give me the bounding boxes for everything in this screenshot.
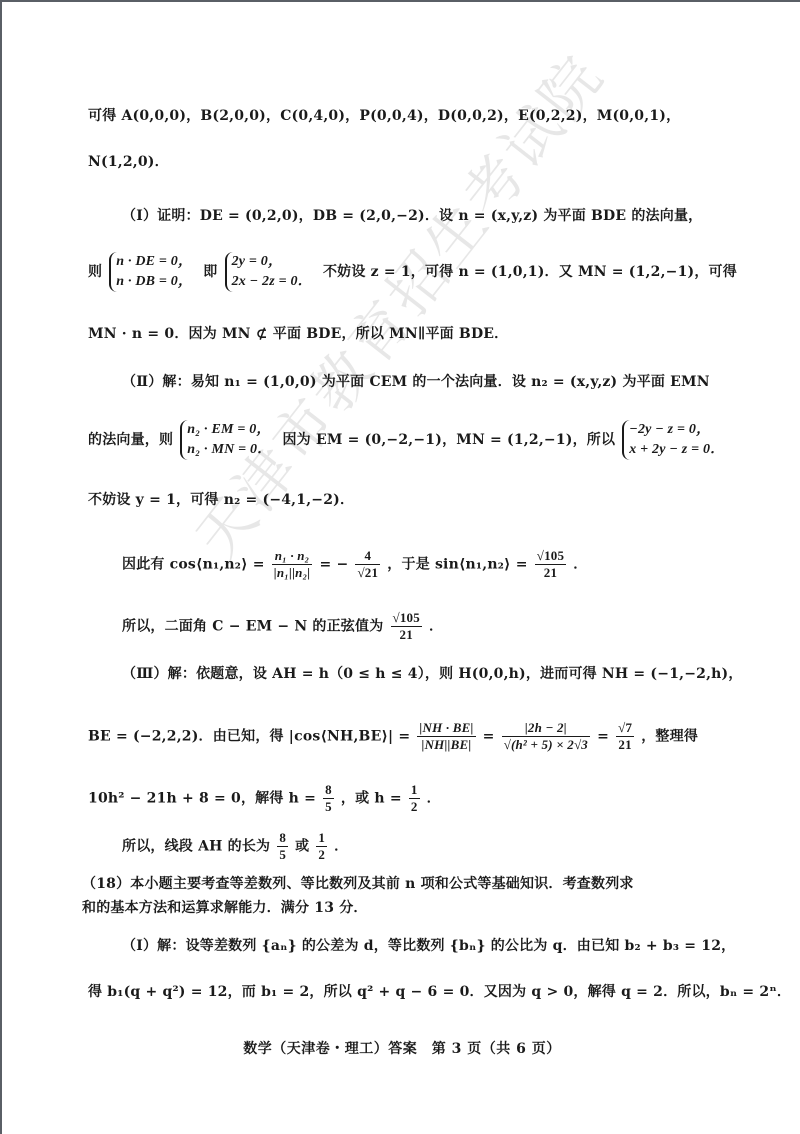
- numerator: 1: [316, 830, 327, 847]
- period: ．: [427, 791, 441, 807]
- fraction: √721: [616, 720, 634, 753]
- part1-label: （Ⅰ）证明：: [122, 208, 200, 224]
- denominator: √(h² + 5) × 2√3: [502, 737, 590, 753]
- equation: n₂ · MN = 0．: [187, 440, 271, 460]
- part2-cosine: 因此有 cos⟨n₁,n₂⟩ = n₁ · n₂|n₁||n₂| = − 4√2…: [122, 548, 587, 581]
- q18-part1-text: 设等差数列 {aₙ} 的公差为 d，等比数列 {bₙ} 的公比为 q．由已知 b…: [186, 938, 736, 954]
- part1-rest: 不妨设 z = 1，可得 n = (1,0,1)．又 MN = (1,2,−1)…: [323, 264, 737, 280]
- part2-then: 的法向量，则: [88, 432, 173, 448]
- q18-part1-line2: 得 b₁(q + q²) = 12，而 b₁ = 2，所以 q² + q − 6…: [88, 982, 791, 1002]
- fraction: 85: [277, 830, 288, 863]
- numerator: 4: [355, 548, 380, 565]
- equation: x + 2y − z = 0．: [629, 440, 724, 460]
- part2-assume: 不妨设 y = 1，可得 n₂ = (−4,1,−2)．: [88, 490, 354, 510]
- numerator: √7: [616, 720, 634, 737]
- equation: n · DB = 0，: [116, 272, 192, 292]
- numerator: |2h − 2|: [502, 720, 590, 737]
- equals-minus: = −: [319, 557, 348, 573]
- numerator: n₁ · n₂: [272, 548, 313, 565]
- equation-system-1: n · DE = 0， n · DB = 0，: [109, 252, 196, 292]
- part2-statement: （Ⅱ）解：易知 n₁ = (1,0,0) 为平面 CEM 的一个法向量．设 n₂…: [122, 372, 710, 392]
- part1-statement: （Ⅰ）证明：DE = (0,2,0)，DB = (2,0,−2)．设 n = (…: [122, 206, 702, 226]
- part2-systems: 的法向量，则 n₂ · EM = 0， n₂ · MN = 0． 因为 EM =…: [88, 420, 730, 460]
- period: ．: [429, 619, 443, 635]
- conclusion-text: 所以，二面角 C − EM − N 的正弦值为: [122, 619, 383, 635]
- denominator: 21: [391, 627, 422, 643]
- equation-system-4: −2y − z = 0， x + 2y − z = 0．: [622, 420, 728, 460]
- quadratic: 10h² − 21h + 8 = 0，解得 h =: [88, 791, 316, 807]
- fraction: n₁ · n₂|n₁||n₂|: [272, 548, 313, 581]
- fraction: 4√21: [355, 548, 380, 581]
- numerator: 8: [323, 782, 334, 799]
- part3-conclusion: 所以，线段 AH 的长为 85 或 12 ．: [122, 830, 348, 863]
- document-page: 天津市教育招生考试院 可得 A(0,0,0)，B(2,0,0)，C(0,4,0)…: [2, 2, 800, 1134]
- equation: n₂ · EM = 0，: [187, 420, 271, 440]
- fraction: |2h − 2|√(h² + 5) × 2√3: [502, 720, 590, 753]
- coordinates-line-2: N(1,2,0)．: [88, 152, 169, 172]
- equation-system-3: n₂ · EM = 0， n₂ · MN = 0．: [180, 420, 275, 460]
- equation: 2y = 0，: [232, 252, 312, 272]
- part2-label: （Ⅱ）解：: [122, 374, 191, 390]
- fraction: 85: [323, 782, 334, 815]
- fraction: 12: [316, 830, 327, 863]
- cos-prefix: 因此有 cos⟨n₁,n₂⟩ =: [122, 557, 265, 573]
- fraction: √10521: [391, 610, 422, 643]
- period: ．: [334, 839, 348, 855]
- equation: 2x − 2z = 0．: [232, 272, 312, 292]
- q18-part1-label: （Ⅰ）解：: [122, 938, 186, 954]
- part2-mid: 因为 EM = (0,−2,−1)，MN = (1,2,−1)，所以: [282, 432, 615, 448]
- denominator: |NH||BE|: [417, 737, 475, 753]
- period: ．: [573, 557, 587, 573]
- part1-ie: 即: [203, 264, 217, 280]
- numerator: 1: [409, 782, 420, 799]
- denominator: 21: [535, 565, 566, 581]
- part2-text: 易知 n₁ = (1,0,0) 为平面 CEM 的一个法向量．设 n₂ = (x…: [191, 374, 710, 390]
- part2-conclusion: 所以，二面角 C − EM − N 的正弦值为 √10521 ．: [122, 610, 443, 643]
- or-text: ，或 h =: [341, 791, 402, 807]
- equation-system-2: 2y = 0， 2x − 2z = 0．: [225, 252, 316, 292]
- equation: n · DE = 0，: [116, 252, 192, 272]
- part3-label: （Ⅲ）解：: [122, 666, 196, 682]
- tidy-text: ，整理得: [641, 729, 698, 745]
- or-text: 或: [295, 839, 309, 855]
- conclusion-text: 所以，线段 AH 的长为: [122, 839, 270, 855]
- coordinates-line-1: 可得 A(0,0,0)，B(2,0,0)，C(0,4,0)，P(0,0,4)，D…: [88, 106, 680, 126]
- numerator: √105: [391, 610, 422, 627]
- denominator: 2: [409, 799, 420, 815]
- part1-text: DE = (0,2,0)，DB = (2,0,−2)．设 n = (x,y,z)…: [200, 208, 703, 224]
- denominator: 21: [616, 737, 634, 753]
- numerator: 8: [277, 830, 288, 847]
- equation: −2y − z = 0，: [629, 420, 724, 440]
- be-vector: BE = (−2,2,2)．由已知，得 |cos⟨NH,BE⟩| =: [88, 729, 410, 745]
- equals: =: [597, 729, 609, 745]
- part3-statement: （Ⅲ）解：依题意，设 AH = h（0 ≤ h ≤ 4），则 H(0,0,h)，…: [122, 664, 743, 684]
- numerator: √105: [535, 548, 566, 565]
- denominator: 5: [277, 847, 288, 863]
- q18-part1-statement: （Ⅰ）解：设等差数列 {aₙ} 的公差为 d，等比数列 {bₙ} 的公比为 q．…: [122, 936, 735, 956]
- equals: =: [483, 729, 495, 745]
- part1-conclusion: MN · n = 0．因为 MN ⊄ 平面 BDE，所以 MN∥平面 BDE．: [88, 324, 508, 344]
- page-footer: 数学（天津卷・理工）答案 第 3 页（共 6 页）: [2, 1038, 800, 1058]
- part3-cosine: BE = (−2,2,2)．由已知，得 |cos⟨NH,BE⟩| = |NH ·…: [88, 720, 698, 753]
- denominator: |n₁||n₂|: [272, 565, 313, 581]
- denominator: √21: [355, 565, 380, 581]
- sin-prefix: ，于是 sin⟨n₁,n₂⟩ =: [387, 557, 527, 573]
- numerator: |NH · BE|: [417, 720, 475, 737]
- q18-intro-2: 和的基本方法和运算求解能力．满分 13 分．: [82, 898, 368, 918]
- denominator: 2: [316, 847, 327, 863]
- fraction: 12: [409, 782, 420, 815]
- part1-systems: 则 n · DE = 0， n · DB = 0， 即 2y = 0， 2x −…: [88, 252, 737, 292]
- part3-text: 依题意，设 AH = h（0 ≤ h ≤ 4），则 H(0,0,h)，进而可得 …: [196, 666, 743, 682]
- fraction: √10521: [535, 548, 566, 581]
- part1-then: 则: [88, 264, 102, 280]
- q18-intro-1: （18）本小题主要考查等差数列、等比数列及其前 n 项和公式等基础知识．考查数列…: [82, 874, 634, 894]
- denominator: 5: [323, 799, 334, 815]
- fraction: |NH · BE||NH||BE|: [417, 720, 475, 753]
- part3-equation: 10h² − 21h + 8 = 0，解得 h = 85 ，或 h = 12 ．: [88, 782, 441, 815]
